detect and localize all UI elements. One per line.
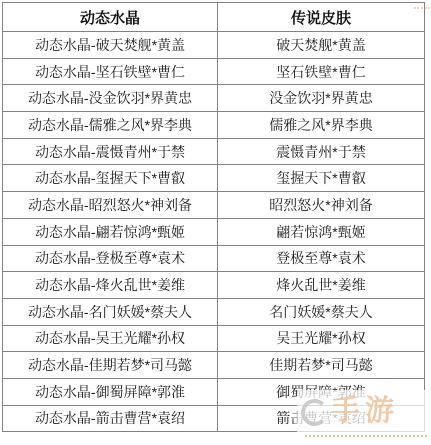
crystal-cell: 动态水晶-吴王光耀*孙权 xyxy=(3,325,218,352)
skin-cell: 登极至尊*袁术 xyxy=(218,245,425,272)
skin-cell: 翩若惊鸿*甄姬 xyxy=(218,218,425,245)
header-row: 动态水晶 传说皮肤 xyxy=(3,3,425,32)
skin-cell: 震慑青州*于禁 xyxy=(218,138,425,165)
table-row: 动态水晶-昭烈怒火*神刘备昭烈怒火*神刘备 xyxy=(3,192,425,219)
crystal-cell: 动态水晶-烽火乱世*姜维 xyxy=(3,272,218,299)
crystal-cell: 动态水晶-昭烈怒火*神刘备 xyxy=(3,192,218,219)
table-row: 动态水晶-翩若惊鸿*甄姬翩若惊鸿*甄姬 xyxy=(3,218,425,245)
table-row: 动态水晶-登极至尊*袁术登极至尊*袁术 xyxy=(3,245,425,272)
crystal-cell: 动态水晶-坚石铁壁*曹仁 xyxy=(3,58,218,85)
table-row: 动态水晶-玺握天下*曹叡玺握天下*曹叡 xyxy=(3,165,425,192)
skin-cell: 昭烈怒火*神刘备 xyxy=(218,192,425,219)
skin-cell: 破天焚舰*黄盖 xyxy=(218,32,425,59)
table-row: 动态水晶-儒雅之风*界李典儒雅之风*界李典 xyxy=(3,112,425,139)
skin-cell: 儒雅之风*界李典 xyxy=(218,112,425,139)
crystal-cell: 动态水晶-没金饮羽*界黄忠 xyxy=(3,85,218,112)
table-row: 动态水晶-吴王光耀*孙权吴王光耀*孙权 xyxy=(3,325,425,352)
crystal-cell: 动态水晶-箭击曹营*袁绍 xyxy=(3,405,218,432)
skin-cell: 没金饮羽*界黄忠 xyxy=(218,85,425,112)
crystal-cell: 动态水晶-儒雅之风*界李典 xyxy=(3,112,218,139)
table-row: 动态水晶-烽火乱世*姜维烽火乱世*姜维 xyxy=(3,272,425,299)
crystal-cell: 动态水晶-破天焚舰*黄盖 xyxy=(3,32,218,59)
skin-cell: 坚石铁壁*曹仁 xyxy=(218,58,425,85)
skin-cell: 御蜀屏障*郭淮 xyxy=(218,378,425,405)
table-row: 动态水晶-坚石铁壁*曹仁坚石铁壁*曹仁 xyxy=(3,58,425,85)
table-row: 动态水晶-没金饮羽*界黄忠没金饮羽*界黄忠 xyxy=(3,85,425,112)
table-row: 动态水晶-破天焚舰*黄盖破天焚舰*黄盖 xyxy=(3,32,425,59)
table-body: 动态水晶-破天焚舰*黄盖破天焚舰*黄盖动态水晶-坚石铁壁*曹仁坚石铁壁*曹仁动态… xyxy=(3,32,425,432)
table-header: 动态水晶 传说皮肤 xyxy=(3,3,425,32)
skin-cell: 烽火乱世*姜维 xyxy=(218,272,425,299)
skins-table: 动态水晶 传说皮肤 动态水晶-破天焚舰*黄盖破天焚舰*黄盖动态水晶-坚石铁壁*曹… xyxy=(2,2,425,432)
skin-cell: 名门妖媛*蔡夫人 xyxy=(218,298,425,325)
column-header-legend-skin: 传说皮肤 xyxy=(218,3,425,32)
skin-cell: 佳期若梦*司马懿 xyxy=(218,352,425,379)
crystal-cell: 动态水晶-玺握天下*曹叡 xyxy=(3,165,218,192)
crystal-cell: 动态水晶-登极至尊*袁术 xyxy=(3,245,218,272)
crystal-cell: 动态水晶-名门妖媛*蔡夫人 xyxy=(3,298,218,325)
crystal-cell: 动态水晶-震慑青州*于禁 xyxy=(3,138,218,165)
skin-cell: 吴王光耀*孙权 xyxy=(218,325,425,352)
table-row: 动态水晶-名门妖媛*蔡夫人名门妖媛*蔡夫人 xyxy=(3,298,425,325)
skin-cell: 玺握天下*曹叡 xyxy=(218,165,425,192)
crystal-cell: 动态水晶-佳期若梦*司马懿 xyxy=(3,352,218,379)
crystal-cell: 动态水晶-翩若惊鸿*甄姬 xyxy=(3,218,218,245)
crystal-cell: 动态水晶-御蜀屏障*郭淮 xyxy=(3,378,218,405)
column-header-dynamic-crystal: 动态水晶 xyxy=(3,3,218,32)
table-row: 动态水晶-箭击曹营*袁绍箭击曹营*袁绍 xyxy=(3,405,425,432)
table-row: 动态水晶-御蜀屏障*郭淮御蜀屏障*郭淮 xyxy=(3,378,425,405)
skin-cell: 箭击曹营*袁绍 xyxy=(218,405,425,432)
watermark-dotted-line xyxy=(305,435,427,437)
table-row: 动态水晶-震慑青州*于禁震慑青州*于禁 xyxy=(3,138,425,165)
table-row: 动态水晶-佳期若梦*司马懿佳期若梦*司马懿 xyxy=(3,352,425,379)
